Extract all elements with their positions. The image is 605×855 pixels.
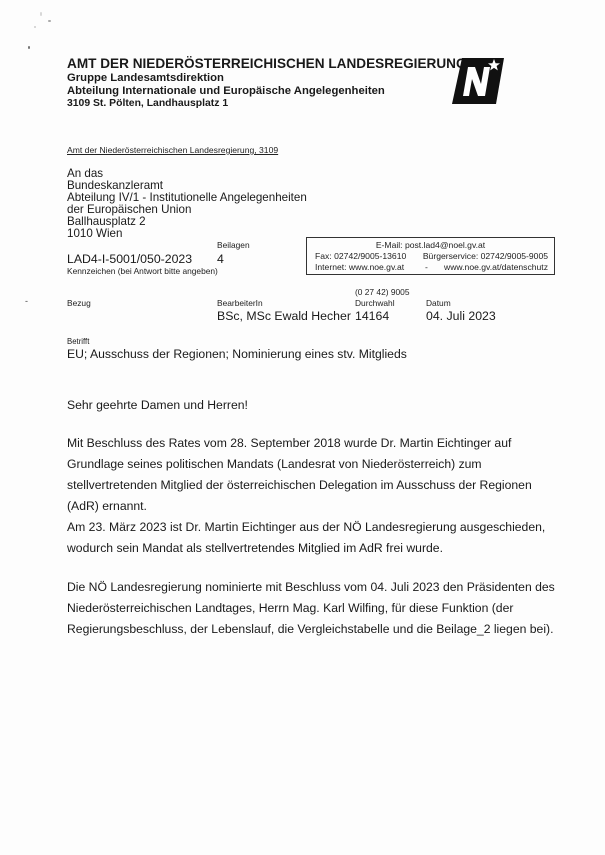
subject-label: Betrifft (67, 337, 89, 346)
body-line: Die NÖ Landesregierung nominierte mit Be… (67, 577, 597, 598)
fold-mark: - (25, 296, 28, 306)
salutation: Sehr geehrte Damen und Herren! (67, 398, 248, 412)
agency-title: AMT DER NIEDERÖSTERREICHISCHEN LANDESREG… (67, 56, 467, 71)
contact-box: E-Mail: post.lad4@noel.gv.at Fax: 02742/… (306, 237, 555, 275)
noe-logo-icon (450, 56, 506, 106)
agency-address: 3109 St. Pölten, Landhausplatz 1 (67, 98, 228, 109)
contact-citizen-service: Bürgerservice: 02742/9005-9005 (423, 251, 548, 261)
recipient-address: An das Bundeskanzleramt Abteilung IV/1 -… (67, 168, 307, 239)
body-line: Mit Beschluss des Rates vom 28. Septembe… (67, 433, 597, 454)
recipient-line: der Europäischen Union (67, 204, 307, 216)
body-line: Niederösterreichischen Landtages, Herrn … (67, 598, 597, 619)
recipient-line: Abteilung IV/1 - Institutionelle Angeleg… (67, 192, 307, 204)
clerk-label: BearbeiterIn (217, 298, 263, 308)
subject-line: EU; Ausschuss der Regionen; Nominierung … (67, 347, 407, 361)
contact-internet: Internet: www.noe.gv.at (315, 262, 404, 272)
body-line: stellvertretenden Mitglied der österreic… (67, 475, 597, 496)
contact-fax: Fax: 02742/9005-13610 (315, 251, 406, 261)
scan-speck (28, 46, 30, 49)
body-line: (AdR) ernannt. (67, 496, 597, 517)
agency-group: Gruppe Landesamtsdirektion (67, 72, 224, 84)
contact-email: E-Mail: post.lad4@noel.gv.at (307, 240, 554, 250)
phone-prefix: (0 27 42) 9005 (355, 287, 409, 297)
reference-number-label: Kennzeichen (bei Antwort bitte angeben) (67, 266, 218, 276)
reference-number: LAD4-I-5001/050-2023 (67, 252, 192, 266)
scan-speck (40, 12, 42, 16)
scan-speck (48, 20, 51, 22)
contact-separator: - (425, 262, 428, 272)
body-line: Grundlage seines politischen Mandats (La… (67, 454, 597, 475)
extension-number: 14164 (355, 309, 389, 323)
recipient-line: Ballhausplatz 2 (67, 216, 307, 228)
body-line: Am 23. März 2023 ist Dr. Martin Eichting… (67, 517, 597, 538)
body-line: wodurch sein Mandat als stellvertretende… (67, 538, 597, 559)
agency-department: Abteilung Internationale und Europäische… (67, 85, 385, 97)
attachments-label: Beilagen (217, 240, 250, 250)
body-paragraph-2: Die NÖ Landesregierung nominierte mit Be… (67, 577, 597, 640)
clerk-name: BSc, MSc Ewald Hecher (217, 309, 351, 323)
scan-speck (34, 26, 36, 28)
date-label: Datum (426, 298, 451, 308)
contact-privacy-link: www.noe.gv.at/datenschutz (444, 262, 548, 272)
return-address: Amt der Niederösterreichischen Landesreg… (67, 145, 278, 155)
letter-date: 04. Juli 2023 (426, 309, 496, 323)
extension-label: Durchwahl (355, 298, 395, 308)
attachments-count: 4 (217, 252, 224, 266)
recipient-line: 1010 Wien (67, 228, 307, 240)
body-line: Regierungsbeschluss, der Lebenslauf, die… (67, 619, 597, 640)
body-paragraph-1: Mit Beschluss des Rates vom 28. Septembe… (67, 433, 597, 559)
reference-label: Bezug (67, 298, 91, 308)
